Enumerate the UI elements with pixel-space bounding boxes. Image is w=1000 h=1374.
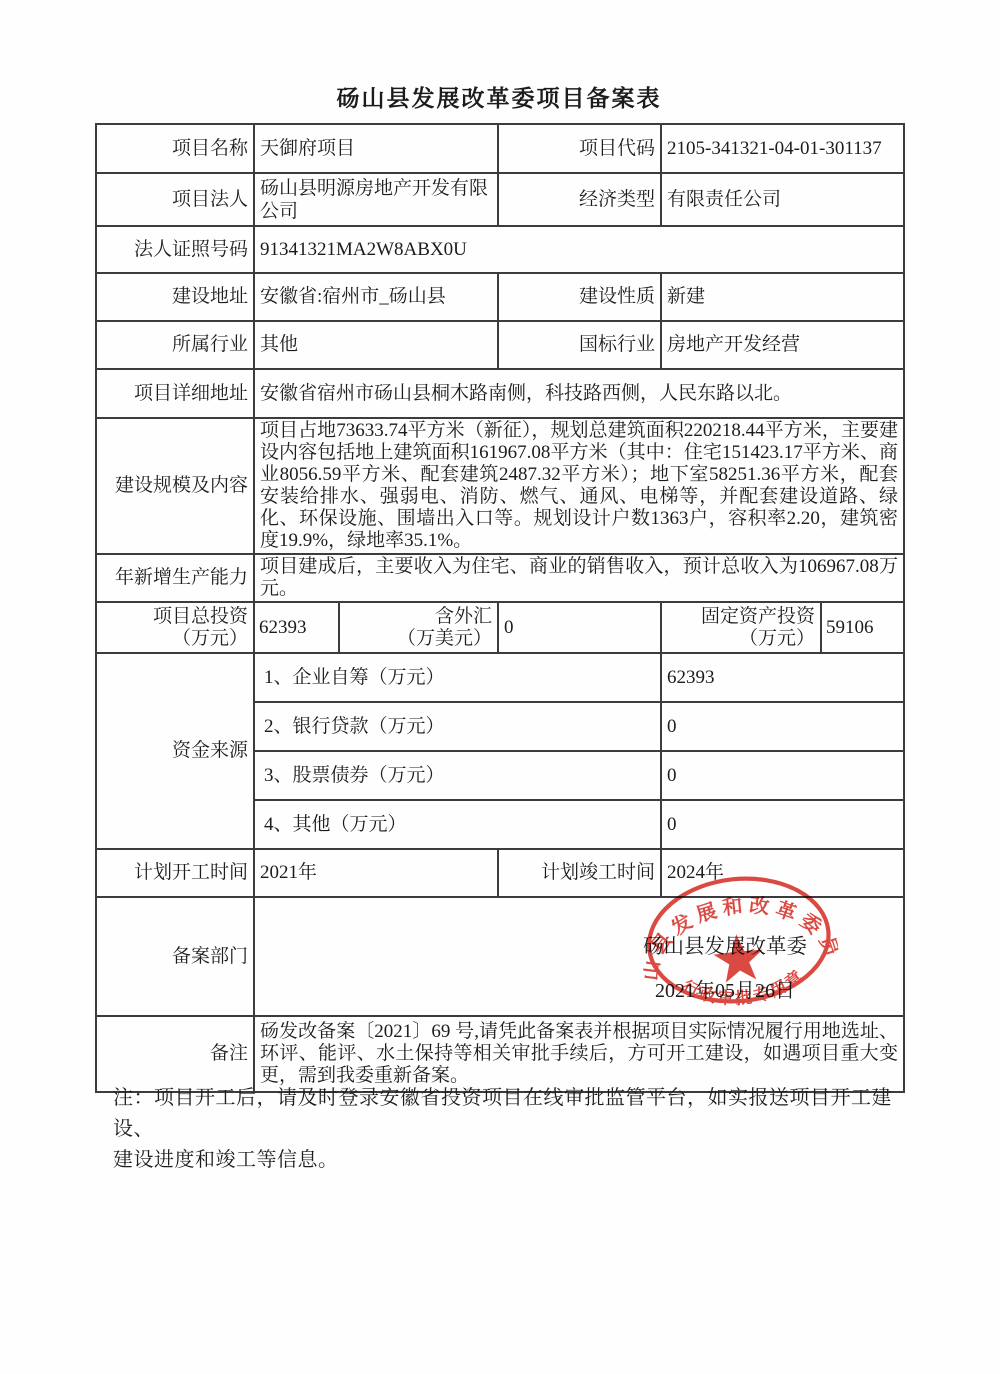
economic-type-value: 有限责任公司 (661, 173, 904, 226)
remarks-label: 备注 (96, 1016, 254, 1092)
national-industry-label: 国标行业 (498, 321, 661, 369)
foreign-currency-label: 含外汇 （万美元） (339, 602, 498, 653)
legal-entity-label: 项目法人 (96, 173, 254, 226)
foreign-currency-label-line1: 含外汇 (435, 606, 492, 627)
annual-capacity-value: 项目建成后，主要收入为住宅、商业的销售收入，预计总收入为106967.08万元。 (254, 554, 904, 602)
funding-item-stocks-bonds: 3、股票债券（万元） (254, 751, 661, 800)
scanned-document-page: 砀山县发展改革委项目备案表 项目名称 天御府项目 项目代码 2105-34132… (0, 0, 1000, 1374)
total-investment-label: 项目总投资 （万元） (96, 602, 254, 653)
footer-note: 注：项目开工后，请及时登录安徽省投资项目在线审批监管平台，如实报送项目开工建设、… (113, 1083, 913, 1176)
planned-start-label: 计划开工时间 (96, 849, 254, 897)
detailed-address-label: 项目详细地址 (96, 369, 254, 418)
funding-item-other-value: 0 (661, 800, 904, 849)
project-name-value: 天御府项目 (254, 124, 498, 173)
construction-address-label: 建设地址 (96, 273, 254, 321)
table-row: 建设规模及内容 项目占地73633.74平方米（新征），规划总建筑面积22021… (96, 418, 904, 554)
fixed-asset-investment-label: 固定资产投资 （万元） (661, 602, 821, 653)
table-row: 建设地址 安徽省:宿州市_砀山县 建设性质 新建 (96, 273, 904, 321)
fixed-asset-investment-label-line2: （万元） (739, 628, 815, 649)
filing-date: 2021年05月26日 (655, 980, 795, 1002)
planned-completion-value: 2024年 (661, 849, 904, 897)
table-row: 项目法人 砀山县明源房地产开发有限公司 经济类型 有限责任公司 (96, 173, 904, 226)
national-industry-value: 房地产开发经营 (661, 321, 904, 369)
table-row: 年新增生产能力 项目建成后，主要收入为住宅、商业的销售收入，预计总收入为1069… (96, 554, 904, 602)
project-name-label: 项目名称 (96, 124, 254, 173)
total-investment-label-line1: 项目总投资 (153, 606, 248, 627)
funding-item-bank-loan: 2、银行贷款（万元） (254, 702, 661, 751)
economic-type-label: 经济类型 (498, 173, 661, 226)
foreign-currency-label-line2: （万美元） (397, 628, 492, 649)
planned-completion-label: 计划竣工时间 (498, 849, 661, 897)
industry-value: 其他 (254, 321, 498, 369)
footer-note-line1: 注：项目开工后，请及时登录安徽省投资项目在线审批监管平台，如实报送项目开工建设、 (113, 1083, 913, 1145)
industry-label: 所属行业 (96, 321, 254, 369)
table-row: 备注 砀发改备案〔2021〕69 号,请凭此备案表并根据项目实际情况履行用地选址… (96, 1016, 904, 1092)
remarks-value: 砀发改备案〔2021〕69 号,请凭此备案表并根据项目实际情况履行用地选址、环评… (254, 1016, 904, 1092)
project-code-value: 2105-341321-04-01-301137 (661, 124, 904, 173)
filing-authority-name: 砀山县发展改革委 (643, 936, 807, 958)
footer-note-line2: 建设进度和竣工等信息。 (113, 1145, 913, 1176)
funding-item-other: 4、其他（万元） (254, 800, 661, 849)
construction-nature-label: 建设性质 (498, 273, 661, 321)
license-number-value: 91341321MA2W8ABX0U (254, 226, 904, 273)
table-row: 项目名称 天御府项目 项目代码 2105-341321-04-01-301137 (96, 124, 904, 173)
funding-item-self-raised-value: 62393 (661, 653, 904, 702)
filing-department-label: 备案部门 (96, 897, 254, 1016)
table-row: 项目详细地址 安徽省宿州市砀山县桐木路南侧，科技路西侧，人民东路以北。 (96, 369, 904, 418)
table-row: 备案部门 砀山县发展改革委 2021年05月26日 (96, 897, 904, 1016)
construction-nature-value: 新建 (661, 273, 904, 321)
construction-scale-value: 项目占地73633.74平方米（新征），规划总建筑面积220218.44平方米，… (254, 418, 904, 554)
construction-address-value: 安徽省:宿州市_砀山县 (254, 273, 498, 321)
fixed-asset-investment-label-line1: 固定资产投资 (701, 606, 815, 627)
filing-department-cell: 砀山县发展改革委 2021年05月26日 (254, 897, 904, 1016)
fixed-asset-investment-value: 59106 (821, 602, 904, 653)
detailed-address-value: 安徽省宿州市砀山县桐木路南侧，科技路西侧，人民东路以北。 (254, 369, 904, 418)
foreign-currency-value: 0 (498, 602, 661, 653)
document-title: 砀山县发展改革委项目备案表 (95, 80, 903, 113)
project-code-label: 项目代码 (498, 124, 661, 173)
funding-item-bank-loan-value: 0 (661, 702, 904, 751)
license-number-label: 法人证照号码 (96, 226, 254, 273)
annual-capacity-label: 年新增生产能力 (96, 554, 254, 602)
project-registration-table: 项目名称 天御府项目 项目代码 2105-341321-04-01-301137… (95, 123, 905, 1093)
planned-start-value: 2021年 (254, 849, 498, 897)
table-row: 法人证照号码 91341321MA2W8ABX0U (96, 226, 904, 273)
total-investment-value: 62393 (254, 602, 339, 653)
funding-item-self-raised: 1、企业自筹（万元） (254, 653, 661, 702)
table-row: 所属行业 其他 国标行业 房地产开发经营 (96, 321, 904, 369)
table-row: 资金来源 1、企业自筹（万元） 62393 (96, 653, 904, 702)
funding-item-stocks-bonds-value: 0 (661, 751, 904, 800)
legal-entity-value: 砀山县明源房地产开发有限公司 (254, 173, 498, 226)
table-row: 项目总投资 （万元） 62393 含外汇 （万美元） 0 固定资产投资 （万元）… (96, 602, 904, 653)
table-row: 计划开工时间 2021年 计划竣工时间 2024年 (96, 849, 904, 897)
total-investment-label-line2: （万元） (172, 628, 248, 649)
construction-scale-label: 建设规模及内容 (96, 418, 254, 554)
funding-source-label: 资金来源 (96, 653, 254, 849)
